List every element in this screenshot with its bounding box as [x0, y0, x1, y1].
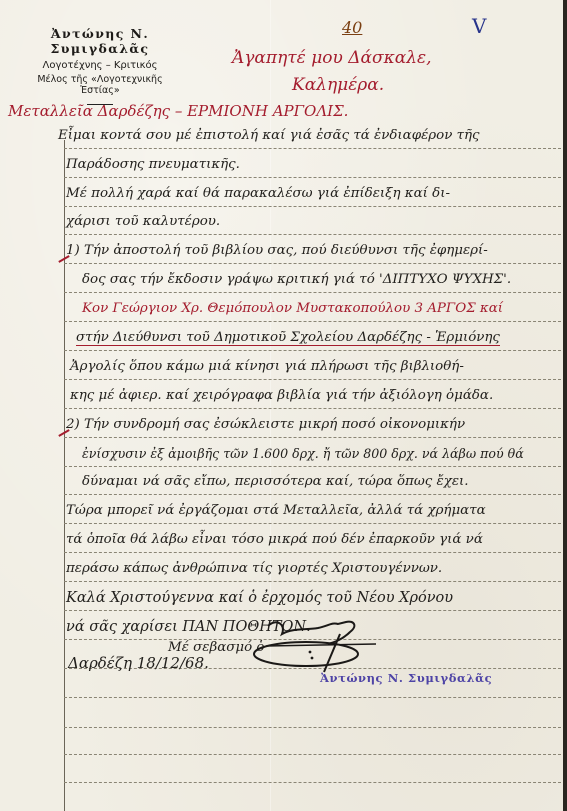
- body-line-item-2: 2) Τήν συνδρομή σας ἐσώκλειστε μικρή ποσ…: [66, 417, 465, 432]
- body-line: Εἶμαι κοντά σου μέ ἐπιστολή καί γιά ἐσᾶς…: [58, 128, 480, 143]
- ruled-line: [64, 610, 561, 611]
- body-line: Ἀργολίς ὅπου κάμω μιά κίνησι γιά πλήρωσι…: [70, 359, 464, 374]
- body-line: περάσω κάπως ἀνθρώπινα τίς γιορτές Χριστ…: [66, 561, 442, 576]
- page-number: 40: [342, 18, 362, 37]
- ruled-line: [64, 379, 561, 380]
- body-line-item-1: 1) Τήν ἀποστολή τοῦ βιβλίου σας, πού διε…: [66, 243, 488, 258]
- body-line: κης μέ ἀφιερ. καί χειρόγραφα βιβλία γιά …: [70, 388, 493, 403]
- ruled-line: [64, 408, 561, 409]
- ruled-line: [64, 754, 561, 755]
- ruled-line: [64, 697, 561, 698]
- salutation-line-2: Καλημέρα.: [292, 75, 384, 95]
- left-margin-line: [64, 140, 65, 811]
- body-line-school: στήν Διεύθυνσι τοῦ Δημοτικοῦ Σχολείου Δα…: [76, 330, 500, 346]
- body-line: τά ὁποῖα θά λάβω εἶναι τόσο μικρά πού δέ…: [66, 532, 483, 547]
- ruled-line: [64, 494, 561, 495]
- check-mark: V: [472, 14, 486, 38]
- letter-page: Ἀντώνης Ν. Συμιγδαλᾶς Λογοτέχνης – Κριτι…: [0, 0, 567, 811]
- handwritten-signature: [246, 616, 382, 676]
- body-line: χάρισι τοῦ καλυτέρου.: [66, 214, 220, 229]
- ruled-line: [64, 727, 561, 728]
- body-line: δύναμαι νά σᾶς εἴπω, περισσότερα καί, τώ…: [82, 474, 469, 489]
- body-line: Τώρα μπορεῖ νά ἐργάζομαι στά Μεταλλεῖα, …: [66, 503, 486, 518]
- sender-address: Μεταλλεῖα Δαρδέζης – ΕΡΜΙΟΝΗ ΑΡΓΟΛΙΣ.: [8, 102, 348, 120]
- ruled-line: [64, 437, 561, 438]
- name-stamp: Ἀντώνης Ν. Συμιγδαλᾶς: [320, 671, 492, 685]
- body-line: Μέ πολλή χαρά καί θά παρακαλέσω γιά ἐπίδ…: [66, 186, 450, 201]
- body-line-greetings: Καλά Χριστούγεννα καί ὁ ἐρχομός τοῦ Νέου…: [66, 590, 453, 606]
- salutation-line-1: Ἀγαπητέ μου Δάσκαλε,: [232, 48, 432, 68]
- ruled-line: [64, 552, 561, 553]
- body-line-recipient: Κον Γεώργιον Χρ. Θεμόπουλον Μυστακοπούλο…: [82, 301, 503, 316]
- ruled-line: [64, 523, 561, 524]
- ruled-line: [64, 581, 561, 582]
- ruled-line: [64, 292, 561, 293]
- ruled-line: [64, 234, 561, 235]
- letterhead-role: Λογοτέχνης – Κριτικός: [20, 60, 180, 71]
- signature-icon: [246, 616, 382, 676]
- ruled-line: [64, 321, 561, 322]
- body-line: δος σας τήν ἔκδοσιν γράψω κριτική γιά τό…: [82, 272, 511, 287]
- letterhead-name: Ἀντώνης Ν. Συμιγδαλᾶς: [20, 26, 180, 56]
- ruled-line: [64, 206, 561, 207]
- body-line: Παράδοσης πνευματικῆς.: [66, 157, 240, 172]
- ruled-line: [64, 177, 561, 178]
- paper-fold: [270, 0, 271, 811]
- letter-date: Δαρδέζη 18/12/68.: [68, 654, 209, 672]
- body-line-amounts: ἐνίσχυσιν ἐξ ἀμοιβῆς τῶν 1.600 δρχ. ἤ τῶ…: [82, 446, 524, 461]
- ruled-line: [64, 263, 561, 264]
- letterhead: Ἀντώνης Ν. Συμιγδαλᾶς Λογοτέχνης – Κριτι…: [20, 26, 180, 105]
- ruled-line: [64, 782, 561, 783]
- letterhead-membership: Μέλος τῆς «Λογοτεχνικῆς Ἑστίας»: [20, 74, 180, 96]
- ruled-line: [64, 466, 561, 467]
- ruled-line: [64, 350, 561, 351]
- ruled-line: [64, 148, 561, 149]
